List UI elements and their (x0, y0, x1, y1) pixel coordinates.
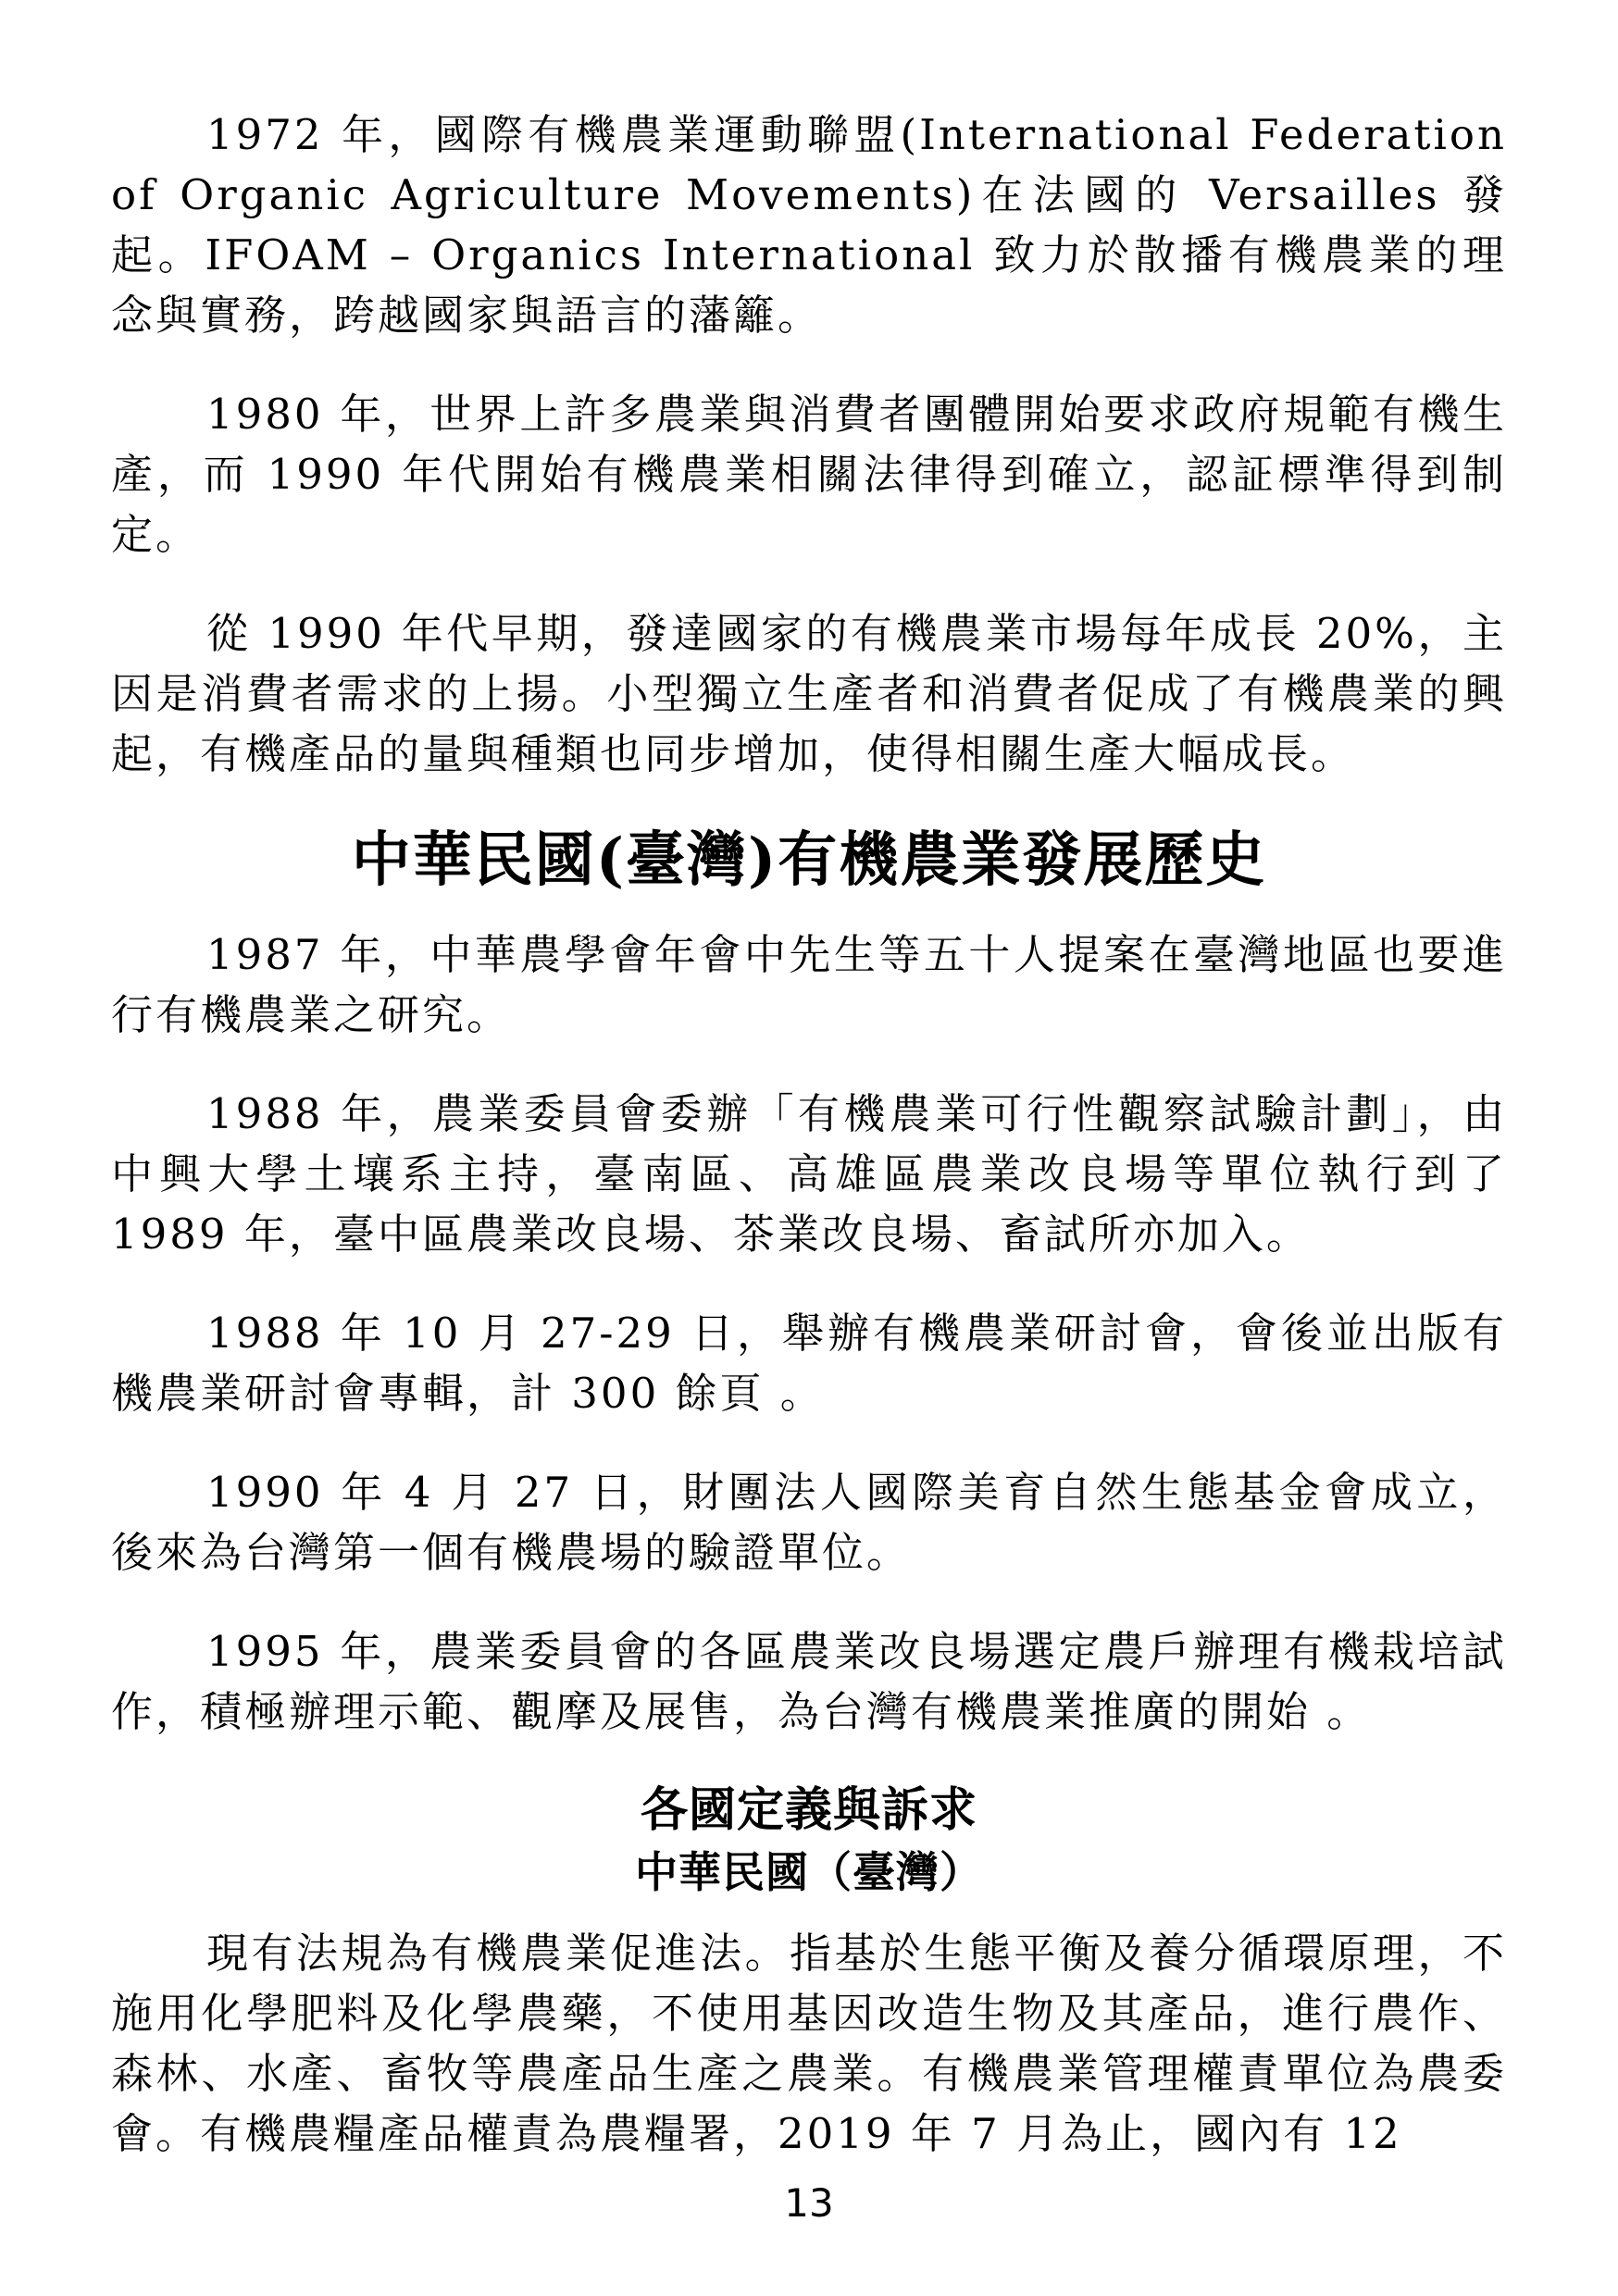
paragraph-1988-seminar: 1988 年 10 月 27-29 日，舉辦有機農業研討會，會後並出版有機農業研… (111, 1303, 1507, 1423)
paragraph-1990-moa-foundation: 1990 年 4 月 27 日，財團法人國際美育自然生態基金會成立，後來為台灣第… (111, 1462, 1507, 1582)
paragraph-1995-trial-cultivation: 1995 年，農業委員會的各區農業改良場選定農戶辦理有機栽培試作，積極辦理示範、… (111, 1621, 1507, 1742)
paragraph-1990s-market-growth: 從 1990 年代早期，發達國家的有機農業市場每年成長 20%，主因是消費者需求… (111, 603, 1507, 784)
page-number: 13 (0, 2182, 1618, 2225)
paragraph-1987-proposal: 1987 年，中華農學會年會中先生等五十人提案在臺灣地區也要進行有機農業之研究。 (111, 925, 1507, 1045)
document-page: 1972 年，國際有機農業運動聯盟(International Federati… (0, 0, 1618, 2296)
section-heading-definitions: 各國定義與訴求 (111, 1781, 1507, 1840)
paragraph-1980-regulation: 1980 年，世界上許多農業與消費者團體開始要求政府規範有機生產，而 1990 … (111, 384, 1507, 565)
paragraph-1972-ifoam: 1972 年，國際有機農業運動聯盟(International Federati… (111, 105, 1507, 345)
subsection-heading-roc-taiwan: 中華民國（臺灣） (111, 1843, 1507, 1901)
paragraph-1988-feasibility-plan: 1988 年，農業委員會委辦「有機農業可行性觀察試驗計劃」，由中興大學土壤系主持… (111, 1084, 1507, 1264)
section-heading-taiwan-organic-history: 中華民國(臺灣)有機農業發展歷史 (111, 823, 1507, 899)
paragraph-current-regulation: 現有法規為有機農業促進法。指基於生態平衡及養分循環原理，不施用化學肥料及化學農藥… (111, 1923, 1507, 2164)
